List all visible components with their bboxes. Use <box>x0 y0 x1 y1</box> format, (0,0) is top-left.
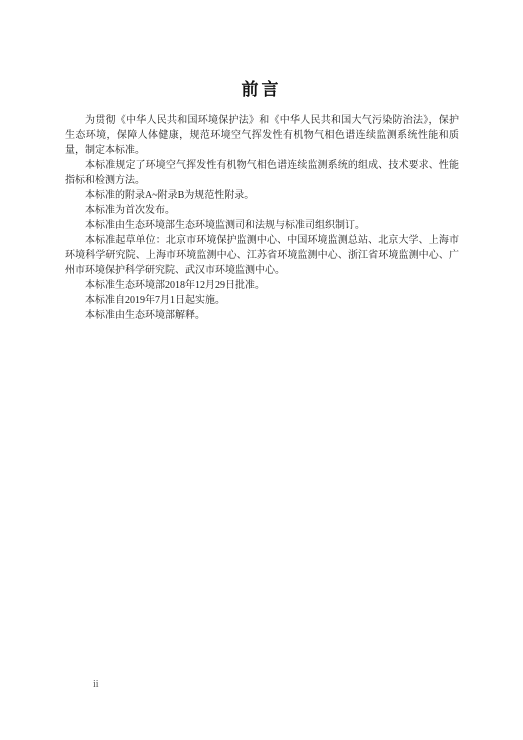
page-number: ii <box>93 679 99 690</box>
paragraph: 为贯彻《中华人民共和国环境保护法》和《中华人民共和国大气污染防治法》，保护生态环… <box>65 113 459 158</box>
paragraph: 本标准生态环境部2018年12月29日批准。 <box>65 278 459 293</box>
paragraph: 本标准的附录A~附录B为规范性附录。 <box>65 188 459 203</box>
paragraph: 本标准由生态环境部生态环境监测司和法规与标准司组织制订。 <box>65 218 459 233</box>
document-page: 前言 为贯彻《中华人民共和国环境保护法》和《中华人民共和国大气污染防治法》，保护… <box>0 0 523 740</box>
paragraph: 本标准起草单位：北京市环境保护监测中心、中国环境监测总站、北京大学、上海市环境科… <box>65 233 459 278</box>
document-body: 为贯彻《中华人民共和国环境保护法》和《中华人民共和国大气污染防治法》，保护生态环… <box>65 113 459 323</box>
paragraph: 本标准为首次发布。 <box>65 203 459 218</box>
paragraph: 本标准规定了环境空气挥发性有机物气相色谱连续监测系统的组成、技术要求、性能指标和… <box>65 158 459 188</box>
paragraph: 本标准自2019年7月1日起实施。 <box>65 293 459 308</box>
page-title: 前言 <box>0 0 523 100</box>
paragraph: 本标准由生态环境部解释。 <box>65 308 459 323</box>
